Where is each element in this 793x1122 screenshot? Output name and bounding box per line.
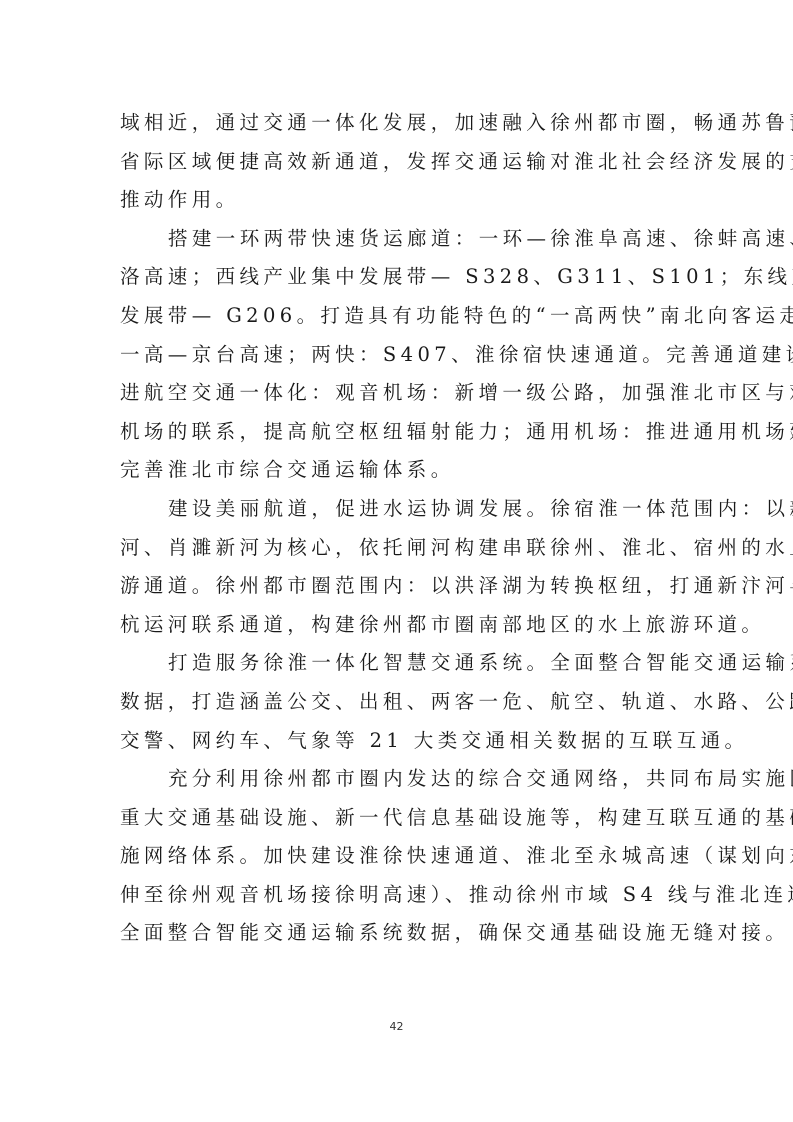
text-line: 交警、网约车、气象等 21 大类交通相关数据的互联互通。	[120, 722, 676, 761]
paragraph-2: 搭建一环两带快速货运廊道：一环—徐淮阜高速、徐蚌高速、盐 洛高速；西线产业集中发…	[120, 220, 676, 490]
text-line: 搭建一环两带快速货运廊道：一环—徐淮阜高速、徐蚌高速、盐	[120, 220, 676, 259]
paragraph-3: 建设美丽航道，促进水运协调发展。徐宿淮一体范围内：以新汴 河、肖濉新河为核心，依…	[120, 490, 676, 644]
text-line: 施网络体系。加快建设淮徐快速通道、淮北至永城高速（谋划向东延	[120, 837, 676, 876]
text-line: 推动作用。	[120, 181, 676, 220]
text-line: 重大交通基础设施、新一代信息基础设施等，构建互联互通的基础设	[120, 799, 676, 838]
text-line: 省际区域便捷高效新通道，发挥交通运输对淮北社会经济发展的支撑	[120, 143, 676, 182]
text-line: 数据，打造涵盖公交、出租、两客一危、航空、轨道、水路、公路、	[120, 683, 676, 722]
text-line: 全面整合智能交通运输系统数据，确保交通基础设施无缝对接。	[120, 914, 676, 953]
text-line: 游通道。徐州都市圈范围内：以洪泽湖为转换枢纽，打通新汴河与京	[120, 567, 676, 606]
text-line: 打造服务徐淮一体化智慧交通系统。全面整合智能交通运输系统	[120, 644, 676, 683]
paragraph-4: 打造服务徐淮一体化智慧交通系统。全面整合智能交通运输系统 数据，打造涵盖公交、出…	[120, 644, 676, 760]
text-line: 伸至徐州观音机场接徐明高速）、推动徐州市域 S4 线与淮北连通、	[120, 876, 676, 915]
text-line: 建设美丽航道，促进水运协调发展。徐宿淮一体范围内：以新汴	[120, 490, 676, 529]
text-line: 洛高速；西线产业集中发展带— S328、G311、S101；东线产业集中	[120, 258, 676, 297]
paragraph-5: 充分利用徐州都市圈内发达的综合交通网络，共同布局实施区域 重大交通基础设施、新一…	[120, 760, 676, 953]
text-line: 杭运河联系通道，构建徐州都市圈南部地区的水上旅游环道。	[120, 606, 676, 645]
text-line: 机场的联系，提高航空枢纽辐射能力；通用机场：推进通用机场建设，	[120, 413, 676, 452]
text-line: 域相近，通过交通一体化发展，加速融入徐州都市圈，畅通苏鲁豫皖	[120, 104, 676, 143]
page-number: 42	[0, 1020, 793, 1033]
paragraph-1: 域相近，通过交通一体化发展，加速融入徐州都市圈，畅通苏鲁豫皖 省际区域便捷高效新…	[120, 104, 676, 220]
text-line: 进航空交通一体化：观音机场：新增一级公路，加强淮北市区与观音	[120, 374, 676, 413]
text-line: 发展带— G206。打造具有功能特色的“一高两快”南北向客运走廊：	[120, 297, 676, 336]
document-body: 域相近，通过交通一体化发展，加速融入徐州都市圈，畅通苏鲁豫皖 省际区域便捷高效新…	[120, 104, 676, 953]
text-line: 完善淮北市综合交通运输体系。	[120, 451, 676, 490]
text-line: 一高—京台高速；两快：S407、淮徐宿快速通道。完善通道建设，促	[120, 336, 676, 375]
text-line: 河、肖濉新河为核心，依托闸河构建串联徐州、淮北、宿州的水上旅	[120, 529, 676, 568]
text-line: 充分利用徐州都市圈内发达的综合交通网络，共同布局实施区域	[120, 760, 676, 799]
